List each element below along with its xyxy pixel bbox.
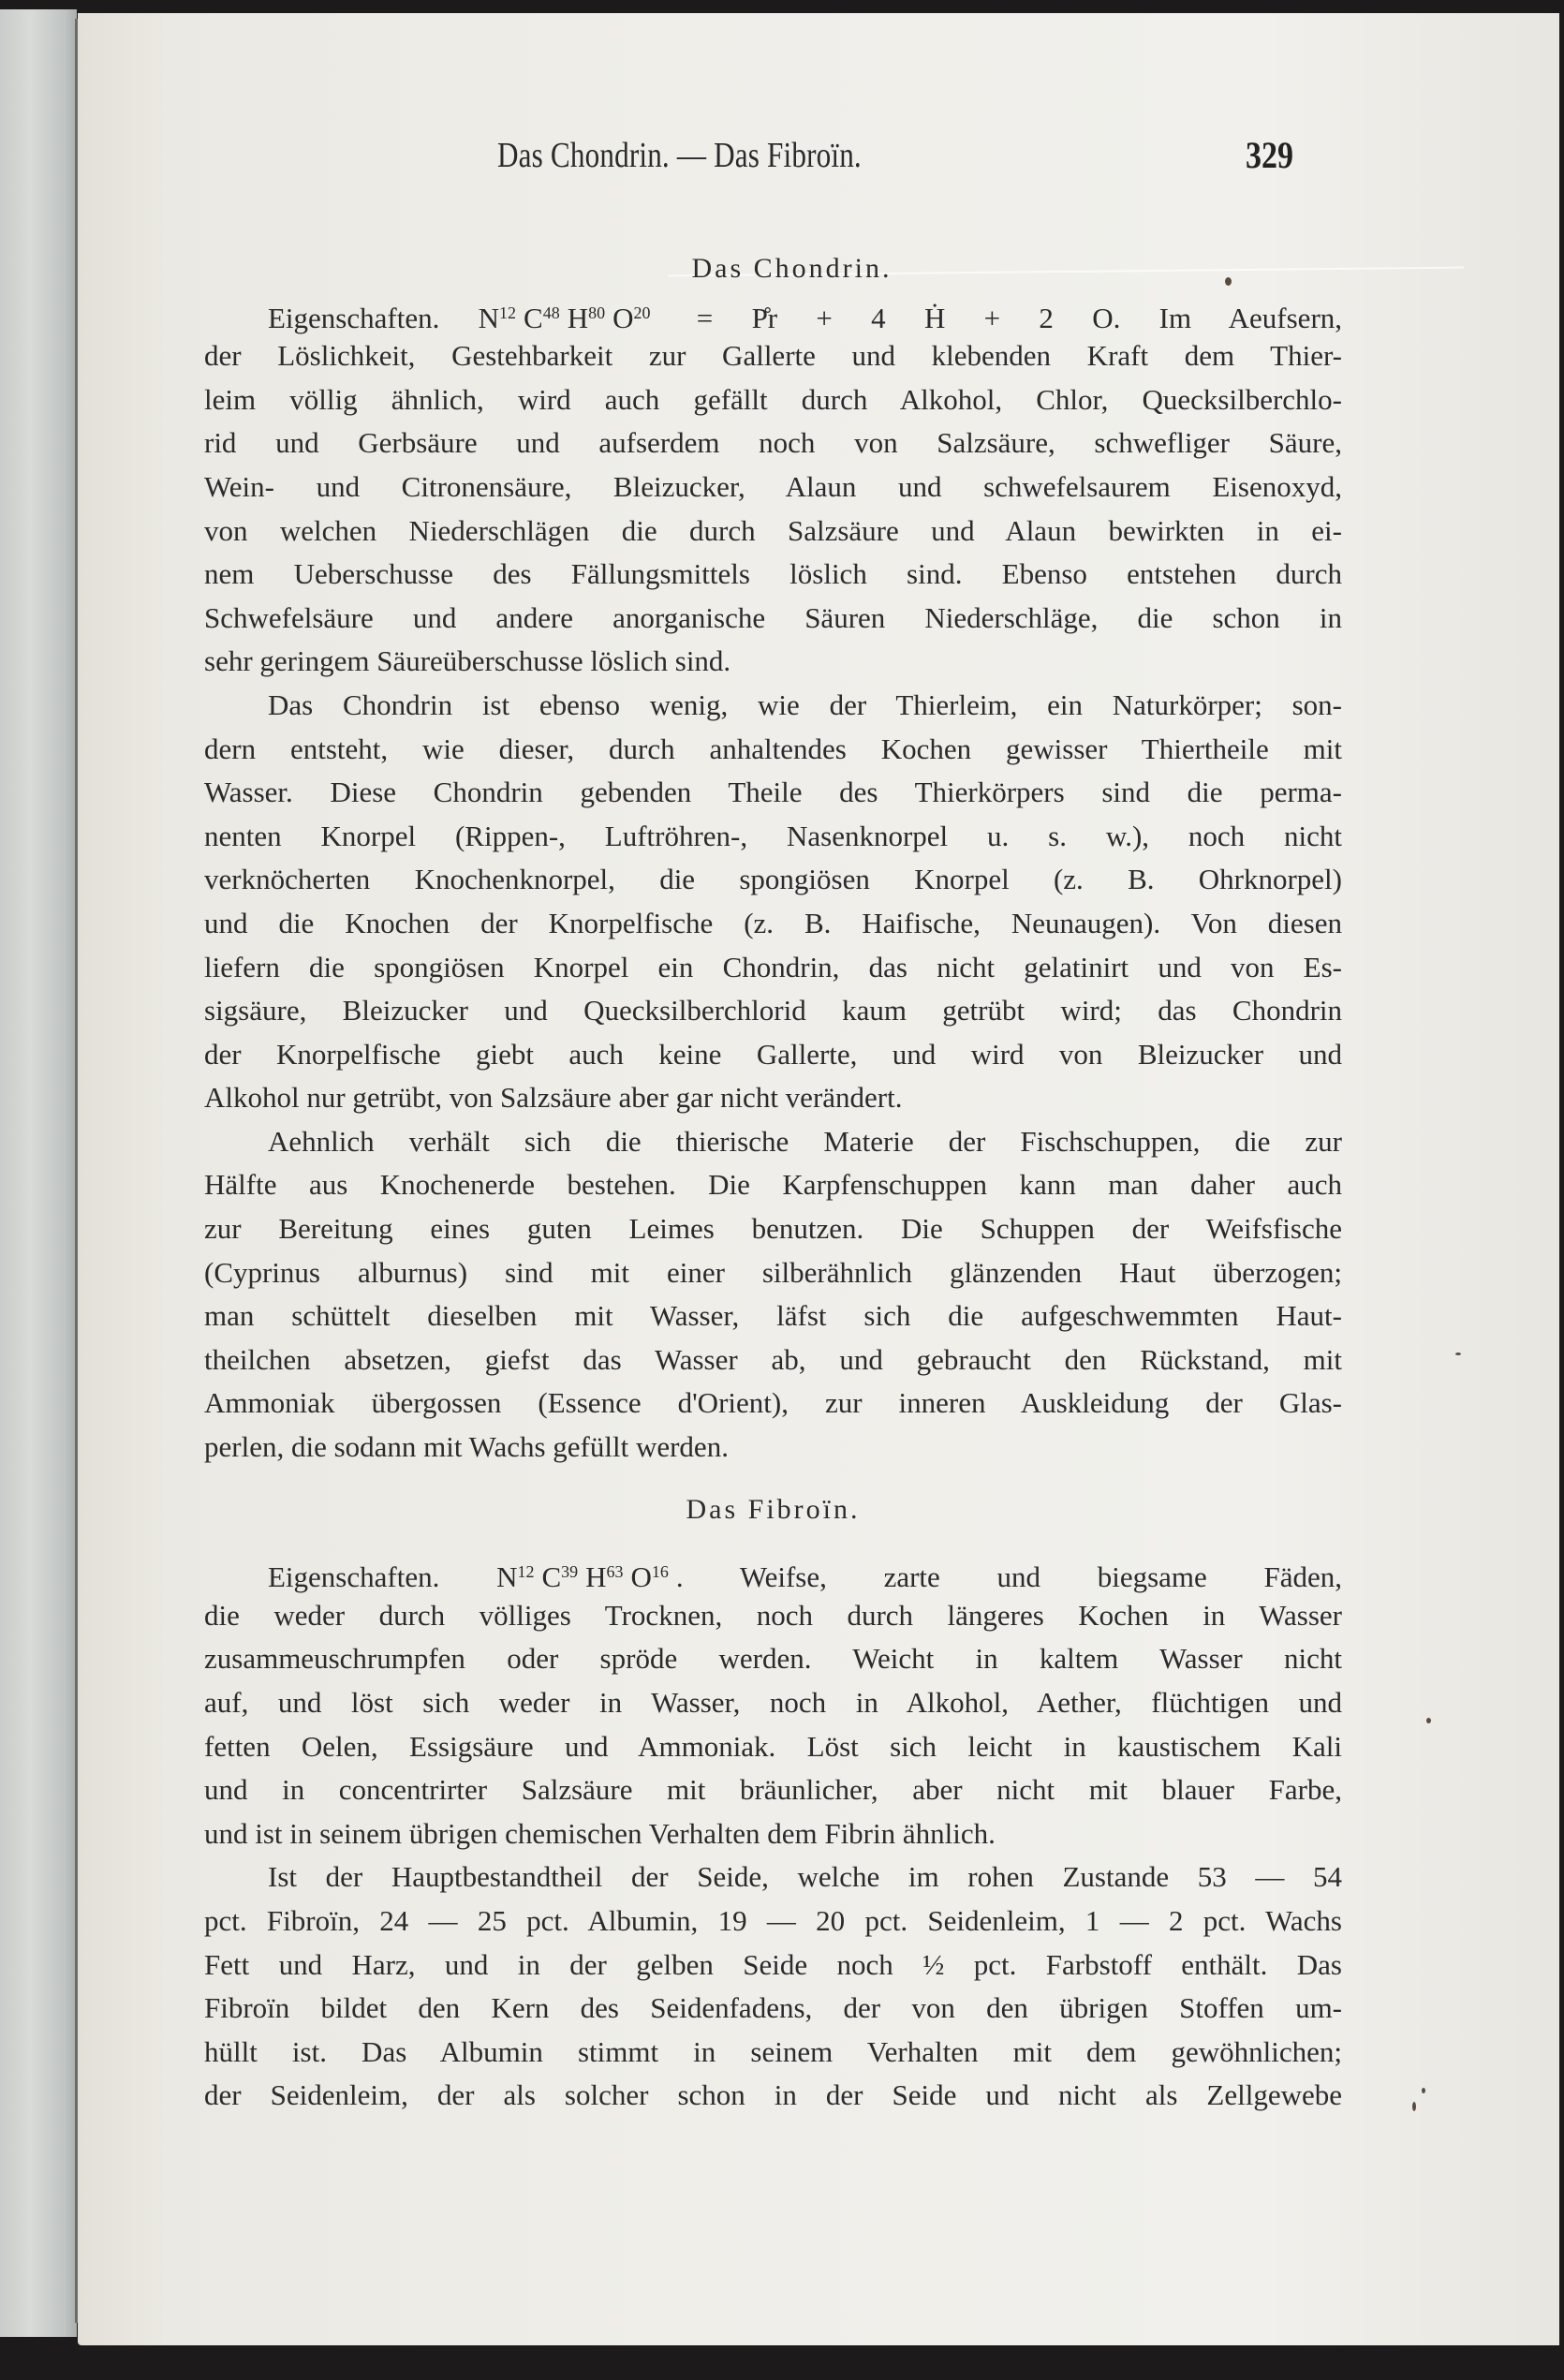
formula-continuation: Im Aeufsern, — [1159, 302, 1342, 334]
text-line: hüllt ist. Das Albumin stimmt in seinem … — [204, 2031, 1342, 2075]
text-line: und ist in seinem übrigen chemischen Ver… — [204, 1812, 1342, 1856]
section-heading-fibroin: Das Fibroïn. — [204, 1488, 1342, 1532]
element-symbol: C — [524, 302, 543, 334]
text-line: Das Chondrin ist ebenso wenig, wie der T… — [204, 684, 1342, 728]
element-count: 39 — [561, 1562, 578, 1581]
text-line: man schüttelt dieselben mit Wasser, läfs… — [204, 1294, 1342, 1338]
text-line: dern entsteht, wie dieser, durch anhalte… — [204, 728, 1342, 772]
text-line: Alkohol nur getrübt, von Salzsäure aber … — [204, 1076, 1342, 1120]
ink-speck — [1422, 2088, 1425, 2093]
element-symbol: O — [612, 302, 633, 334]
text-line: nenten Knorpel (Rippen-, Luftröhren-, Na… — [204, 815, 1342, 859]
text-line: leim völlig ähnlich, wird auch gefällt d… — [204, 378, 1342, 422]
element-symbol: N — [479, 302, 499, 334]
section-heading-chondrin: Das Chondrin. — [204, 247, 1342, 291]
formula-elements: N12C48H80O20 — [479, 302, 697, 334]
element-count: 12 — [499, 303, 516, 322]
text-line: rid und Gerbsäure und aufserdem noch von… — [204, 421, 1342, 466]
text-line: Fibroïn bildet den Kern des Seidenfadens… — [204, 1987, 1342, 2031]
text-line: zur Bereitung eines guten Leimes benutze… — [204, 1207, 1342, 1251]
paragraph: der Löslichkeit, Gestehbarkeit zur Galle… — [204, 334, 1342, 684]
text-line: Ammoniak übergossen (Essence d'Orient), … — [204, 1382, 1342, 1426]
text-line: liefern die spongiösen Knorpel ein Chond… — [204, 946, 1342, 990]
element-symbol: O — [631, 1560, 652, 1593]
text-line: nem Ueberschusse des Fällungsmittels lös… — [204, 553, 1342, 597]
text-line: der Seidenleim, der als solcher schon in… — [204, 2074, 1342, 2118]
ink-speck — [1426, 1718, 1431, 1723]
ink-speck — [1455, 1353, 1461, 1355]
text-line: Schwefelsäure und andere anorganische Sä… — [204, 597, 1342, 641]
element-count: 80 — [588, 303, 605, 322]
running-title: Das Chondrin. — Das Fibroïn. — [497, 135, 862, 176]
element-symbol: C — [541, 1560, 561, 1593]
adjacent-page-edge — [0, 9, 77, 2337]
element-count: 63 — [607, 1562, 624, 1581]
formula-line-chondrin: Eigenschaften. N12C48H80O20 = P̊r + 4 Ḣ … — [204, 291, 1342, 335]
text-line: und in concentrirter Salzsäure mit bräun… — [204, 1768, 1342, 1812]
element-symbol: H — [568, 302, 588, 334]
text-line: theilchen absetzen, giefst das Wasser ab… — [204, 1338, 1342, 1382]
text-line: Wasser. Diese Chondrin gebenden Theile d… — [204, 771, 1342, 815]
formula-continuation: . Weifse, zarte und biegsame Fäden, — [676, 1560, 1342, 1593]
text-line: verknöcherten Knochenknorpel, die spongi… — [204, 858, 1342, 902]
text-line: von welchen Niederschlägen die durch Sal… — [204, 510, 1342, 554]
text-line: die weder durch völliges Trocknen, noch … — [204, 1594, 1342, 1638]
text-line: pct. Fibroïn, 24 — 25 pct. Albumin, 19 —… — [204, 1900, 1342, 1944]
ink-speck — [1225, 277, 1232, 286]
ink-speck — [1412, 2102, 1416, 2111]
formula-equation: = P̊r + 4 Ḣ + 2 O. — [697, 302, 1121, 334]
section-spacer — [204, 1470, 1342, 1488]
paragraph: Ist der Hauptbestandtheil der Seide, wel… — [204, 1855, 1342, 2118]
paragraph: die weder durch völliges Trocknen, noch … — [204, 1594, 1342, 1856]
formula-label: Eigenschaften. — [268, 1560, 439, 1593]
text-line: Ist der Hauptbestandtheil der Seide, wel… — [204, 1855, 1342, 1900]
element-count: 16 — [652, 1562, 669, 1581]
element-count: 20 — [634, 303, 651, 322]
text-line: Wein- und Citronensäure, Bleizucker, Ala… — [204, 466, 1342, 510]
text-line: fetten Oelen, Essigsäure und Ammoniak. L… — [204, 1725, 1342, 1769]
text-line: der Knorpelfische giebt auch keine Galle… — [204, 1033, 1342, 1077]
text-line: Fett und Harz, und in der gelben Seide n… — [204, 1944, 1342, 1988]
text-line: (Cyprinus alburnus) sind mit einer silbe… — [204, 1251, 1342, 1295]
text-line: Aehnlich verhält sich die thierische Mat… — [204, 1120, 1342, 1164]
page-number: 329 — [1246, 133, 1293, 177]
text-line: der Löslichkeit, Gestehbarkeit zur Galle… — [204, 334, 1342, 378]
running-head: Das Chondrin. — Das Fibroïn. 329 — [78, 135, 1559, 182]
element-count: 12 — [517, 1562, 534, 1581]
paragraph: Aehnlich verhält sich die thierische Mat… — [204, 1120, 1342, 1470]
formula-elements: N12C39H63O16 — [496, 1560, 676, 1593]
book-page: Das Chondrin. — Das Fibroïn. 329 Das Cho… — [78, 13, 1559, 2345]
text-line: sigsäure, Bleizucker und Quecksilberchlo… — [204, 989, 1342, 1033]
section-spacer — [204, 1531, 1342, 1550]
text-block: Das Chondrin. Eigenschaften. N12C48H80O2… — [204, 247, 1342, 2118]
text-line: und die Knochen der Knorpelfische (z. B.… — [204, 902, 1342, 946]
text-line: zusammeuschrumpfen oder spröde werden. W… — [204, 1637, 1342, 1681]
formula-label: Eigenschaften. — [268, 302, 439, 334]
text-line: auf, und löst sich weder in Wasser, noch… — [204, 1681, 1342, 1725]
text-line: sehr geringem Säureüberschusse löslich s… — [204, 640, 1342, 684]
paragraph: Das Chondrin ist ebenso wenig, wie der T… — [204, 684, 1342, 1120]
text-line: perlen, die sodann mit Wachs gefüllt wer… — [204, 1426, 1342, 1470]
element-count: 48 — [543, 303, 560, 322]
formula-line-fibroin: Eigenschaften. N12C39H63O16. Weifse, zar… — [204, 1550, 1342, 1594]
text-line: Hälfte aus Knochenerde bestehen. Die Kar… — [204, 1163, 1342, 1207]
element-symbol: H — [585, 1560, 606, 1593]
element-symbol: N — [496, 1560, 517, 1593]
